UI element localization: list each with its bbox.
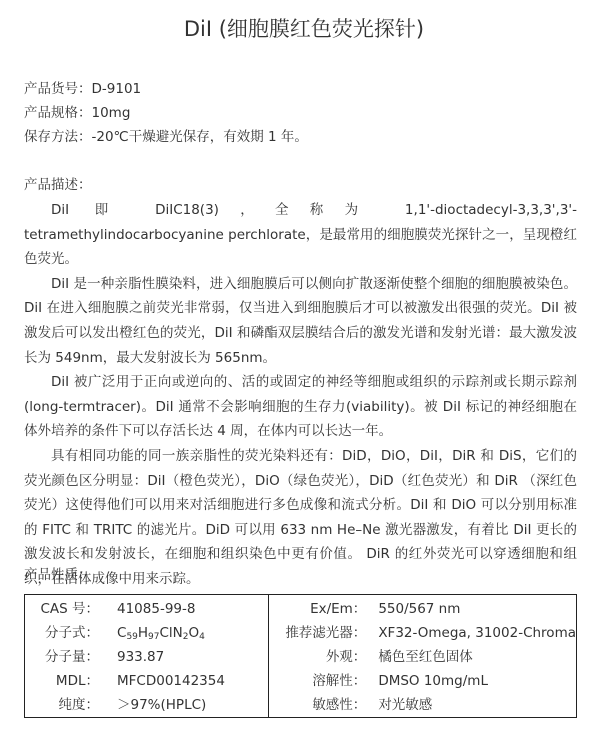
spec-label: 产品规格： (24, 105, 92, 121)
property-row-sensitivity: 敏感性： 对光敏感 (269, 693, 576, 717)
property-row-mdl: MDL： MFCD00142354 (25, 669, 268, 693)
page-title: DiI (细胞膜红色荧光探针) (0, 14, 608, 44)
catalog-number-label: 产品货号： (24, 81, 92, 97)
property-value: 橘色至红色固体 (366, 645, 473, 669)
properties-heading: 产品性质： (24, 563, 92, 587)
spec-value: 10mg (92, 105, 131, 121)
property-value: DMSO 10mg/mL (366, 669, 488, 693)
property-value: 933.87 (99, 645, 164, 669)
description-paragraph: DiI 是一种亲脂性膜染料，进入细胞膜后可以侧向扩散逐渐使整个细胞的细胞膜被染色… (24, 272, 577, 370)
storage-label: 保存方法： (24, 129, 92, 145)
property-key: 溶解性： (269, 669, 366, 693)
property-row-mw: 分子量： 933.87 (25, 645, 268, 669)
molecular-formula: C59H97ClN2O4 (99, 621, 205, 645)
property-row-exem: Ex/Em： 550/567 nm (269, 597, 576, 621)
property-key: 分子式： (25, 621, 99, 645)
storage-row: 保存方法：-20℃干燥避光保存，有效期 1 年。 (24, 125, 584, 149)
spec-row: 产品规格：10mg (24, 101, 584, 125)
property-row-solubility: 溶解性： DMSO 10mg/mL (269, 669, 576, 693)
property-row-formula: 分子式： C59H97ClN2O4 (25, 621, 268, 645)
property-row-appearance: 外观： 橘色至红色固体 (269, 645, 576, 669)
property-value: XF32-Omega, 31002-Chroma (366, 621, 576, 645)
property-key: Ex/Em： (269, 597, 366, 621)
catalog-number-row: 产品货号：D-9101 (24, 77, 584, 101)
storage-value: -20℃干燥避光保存，有效期 1 年。 (92, 129, 308, 145)
property-key: 敏感性： (269, 693, 366, 717)
properties-left-column: CAS 号： 41085-99-8 分子式： C59H97ClN2O4 分子量：… (25, 595, 269, 718)
product-description: DiI 即 DiIC18(3)，全称为 1,1'-dioctadecyl-3,3… (24, 198, 577, 592)
property-row-filter: 推荐滤光器： XF32-Omega, 31002-Chroma (269, 621, 576, 645)
property-row-purity: 纯度： ＞97%(HPLC) (25, 693, 268, 717)
description-paragraph: 具有相同功能的同一族亲脂性的荧光染料还有：DiD，DiO，DiI，DiR 和 D… (24, 444, 577, 592)
description-paragraph: DiI 即 DiIC18(3)，全称为 1,1'-dioctadecyl-3,3… (24, 198, 577, 272)
property-key: 分子量： (25, 645, 99, 669)
description-heading: 产品描述： (24, 173, 92, 197)
property-value: MFCD00142354 (99, 669, 225, 693)
property-value: 550/567 nm (366, 597, 460, 621)
property-key: MDL： (25, 669, 99, 693)
property-key: 外观： (269, 645, 366, 669)
property-value: 对光敏感 (366, 693, 432, 717)
properties-table: CAS 号： 41085-99-8 分子式： C59H97ClN2O4 分子量：… (24, 594, 577, 718)
property-key: 纯度： (25, 693, 99, 717)
property-value: 41085-99-8 (99, 597, 195, 621)
catalog-number-value: D-9101 (92, 81, 142, 97)
description-paragraph: DiI 被广泛用于正向或逆向的、活的或固定的神经等细胞或组织的示踪剂或长期示踪剂… (24, 370, 577, 444)
property-value: ＞97%(HPLC) (99, 693, 206, 717)
properties-right-column: Ex/Em： 550/567 nm 推荐滤光器： XF32-Omega, 310… (269, 595, 577, 718)
property-key: CAS 号： (25, 597, 99, 621)
property-row-cas: CAS 号： 41085-99-8 (25, 597, 268, 621)
property-key: 推荐滤光器： (269, 621, 366, 645)
product-info: 产品货号：D-9101 产品规格：10mg 保存方法：-20℃干燥避光保存，有效… (24, 77, 584, 149)
